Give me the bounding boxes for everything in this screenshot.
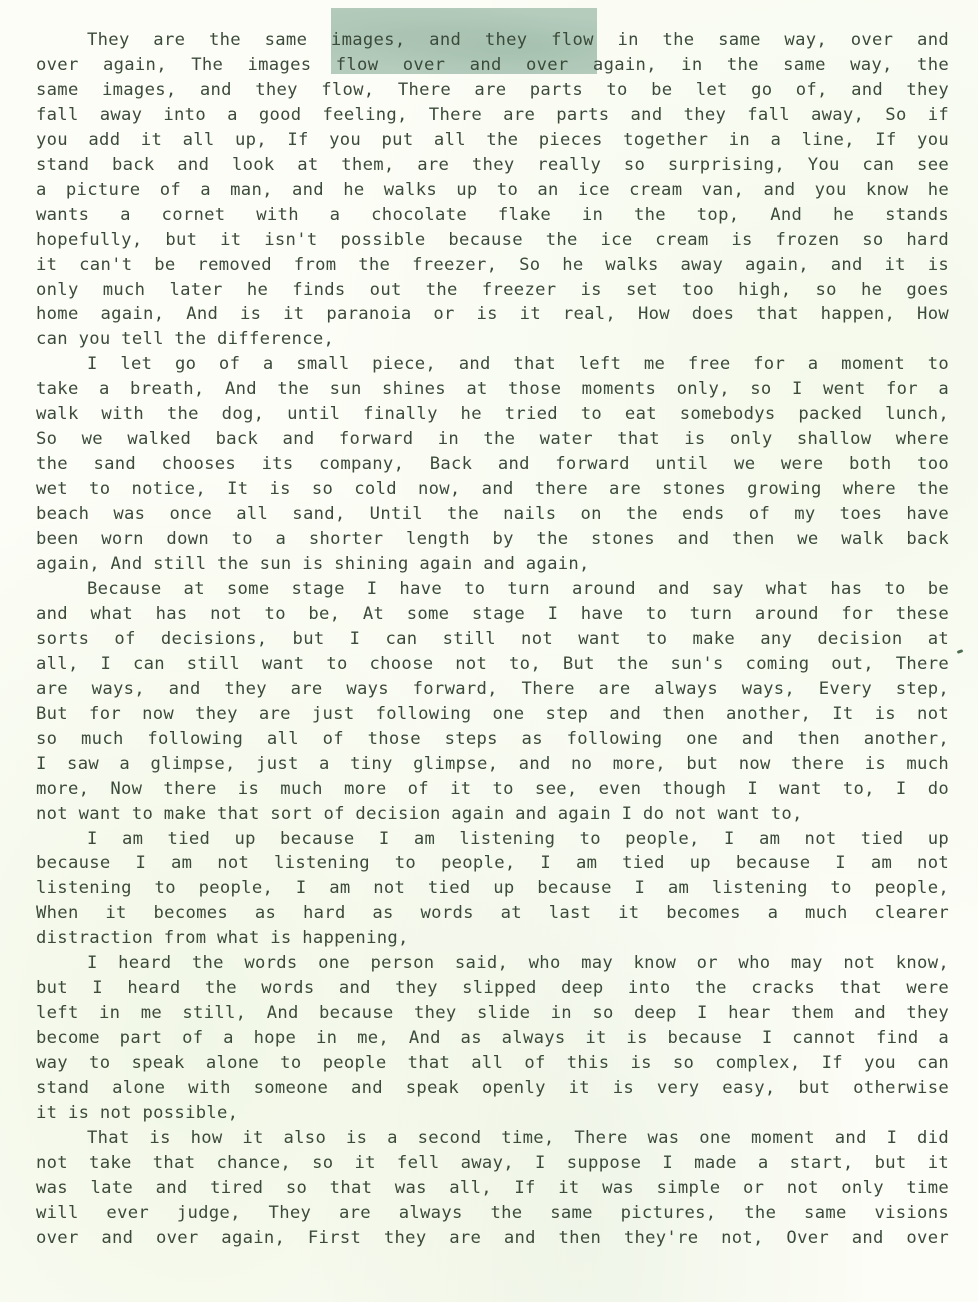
text-line: become part of a hope in me, And as alwa… (36, 1026, 949, 1051)
text-line: fall away into a good feeling, There are… (36, 103, 949, 128)
text-line: but I heard the words and they slipped d… (36, 976, 949, 1001)
text-line: so much following all of those steps as … (36, 727, 949, 752)
text-line: hopefully, but it isn't possible because… (36, 228, 949, 253)
paragraph: I heard the words one person said, who m… (36, 951, 949, 1126)
text-line: They are the same images, and they flow … (36, 28, 949, 53)
text-line: take a breath, And the sun shines at tho… (36, 377, 949, 402)
document-body: They are the same images, and they flow … (36, 28, 949, 1251)
text-line: because I am not listening to people, I … (36, 851, 949, 876)
text-line: left in me still, And because they slide… (36, 1001, 949, 1026)
text-line: distraction from what is happening, (36, 926, 949, 951)
text-line: I heard the words one person said, who m… (36, 951, 949, 976)
text-line: wet to notice, It is so cold now, and th… (36, 477, 949, 502)
text-line: beach was once all sand, Until the nails… (36, 502, 949, 527)
paragraph: They are the same images, and they flow … (36, 28, 949, 352)
text-line: listening to people, I am not tied up be… (36, 876, 949, 901)
text-line: stand back and look at them, are they re… (36, 153, 949, 178)
text-line: not take that chance, so it fell away, I… (36, 1151, 949, 1176)
text-line: over and over again, First they are and … (36, 1226, 949, 1251)
text-line: a picture of a man, and he walks up to a… (36, 178, 949, 203)
text-line: all, I can still want to choose not to, … (36, 652, 949, 677)
text-line: not want to make that sort of decision a… (36, 802, 949, 827)
text-line: That is how it also is a second time, Th… (36, 1126, 949, 1151)
text-line: same images, and they flow, There are pa… (36, 78, 949, 103)
text-line: been worn down to a shorter length by th… (36, 527, 949, 552)
text-line: are ways, and they are ways forward, The… (36, 677, 949, 702)
text-line: way to speak alone to people that all of… (36, 1051, 949, 1076)
text-line: you add it all up, If you put all the pi… (36, 128, 949, 153)
paragraph: I let go of a small piece, and that left… (36, 352, 949, 577)
text-line: Because at some stage I have to turn aro… (36, 577, 949, 602)
text-line: it can't be removed from the freezer, So… (36, 253, 949, 278)
text-line: will ever judge, They are always the sam… (36, 1201, 949, 1226)
text-line: can you tell the difference, (36, 327, 949, 352)
text-line: more, Now there is much more of it to se… (36, 777, 949, 802)
text-line: again, And still the sun is shining agai… (36, 552, 949, 577)
text-line: the sand chooses its company, Back and f… (36, 452, 949, 477)
text-line: only much later he finds out the freezer… (36, 278, 949, 303)
text-line: When it becomes as hard as words at last… (36, 901, 949, 926)
text-line: But for now they are just following one … (36, 702, 949, 727)
text-line: So we walked back and forward in the wat… (36, 427, 949, 452)
text-line: I am tied up because I am listening to p… (36, 827, 949, 852)
paragraph: That is how it also is a second time, Th… (36, 1126, 949, 1251)
paragraph: Because at some stage I have to turn aro… (36, 577, 949, 827)
text-line: walk with the dog, until finally he trie… (36, 402, 949, 427)
text-line: sorts of decisions, but I can still not … (36, 627, 949, 652)
text-line: over again, The images flow over and ove… (36, 53, 949, 78)
text-line: I saw a glimpse, just a tiny glimpse, an… (36, 752, 949, 777)
text-line: wants a cornet with a chocolate flake in… (36, 203, 949, 228)
paragraph: I am tied up because I am listening to p… (36, 827, 949, 952)
text-line: and what has not to be, At some stage I … (36, 602, 949, 627)
text-line: was late and tired so that was all, If i… (36, 1176, 949, 1201)
text-line: home again, And is it paranoia or is it … (36, 302, 949, 327)
text-line: I let go of a small piece, and that left… (36, 352, 949, 377)
text-line: stand alone with someone and speak openl… (36, 1076, 949, 1101)
text-line: it is not possible, (36, 1101, 949, 1126)
